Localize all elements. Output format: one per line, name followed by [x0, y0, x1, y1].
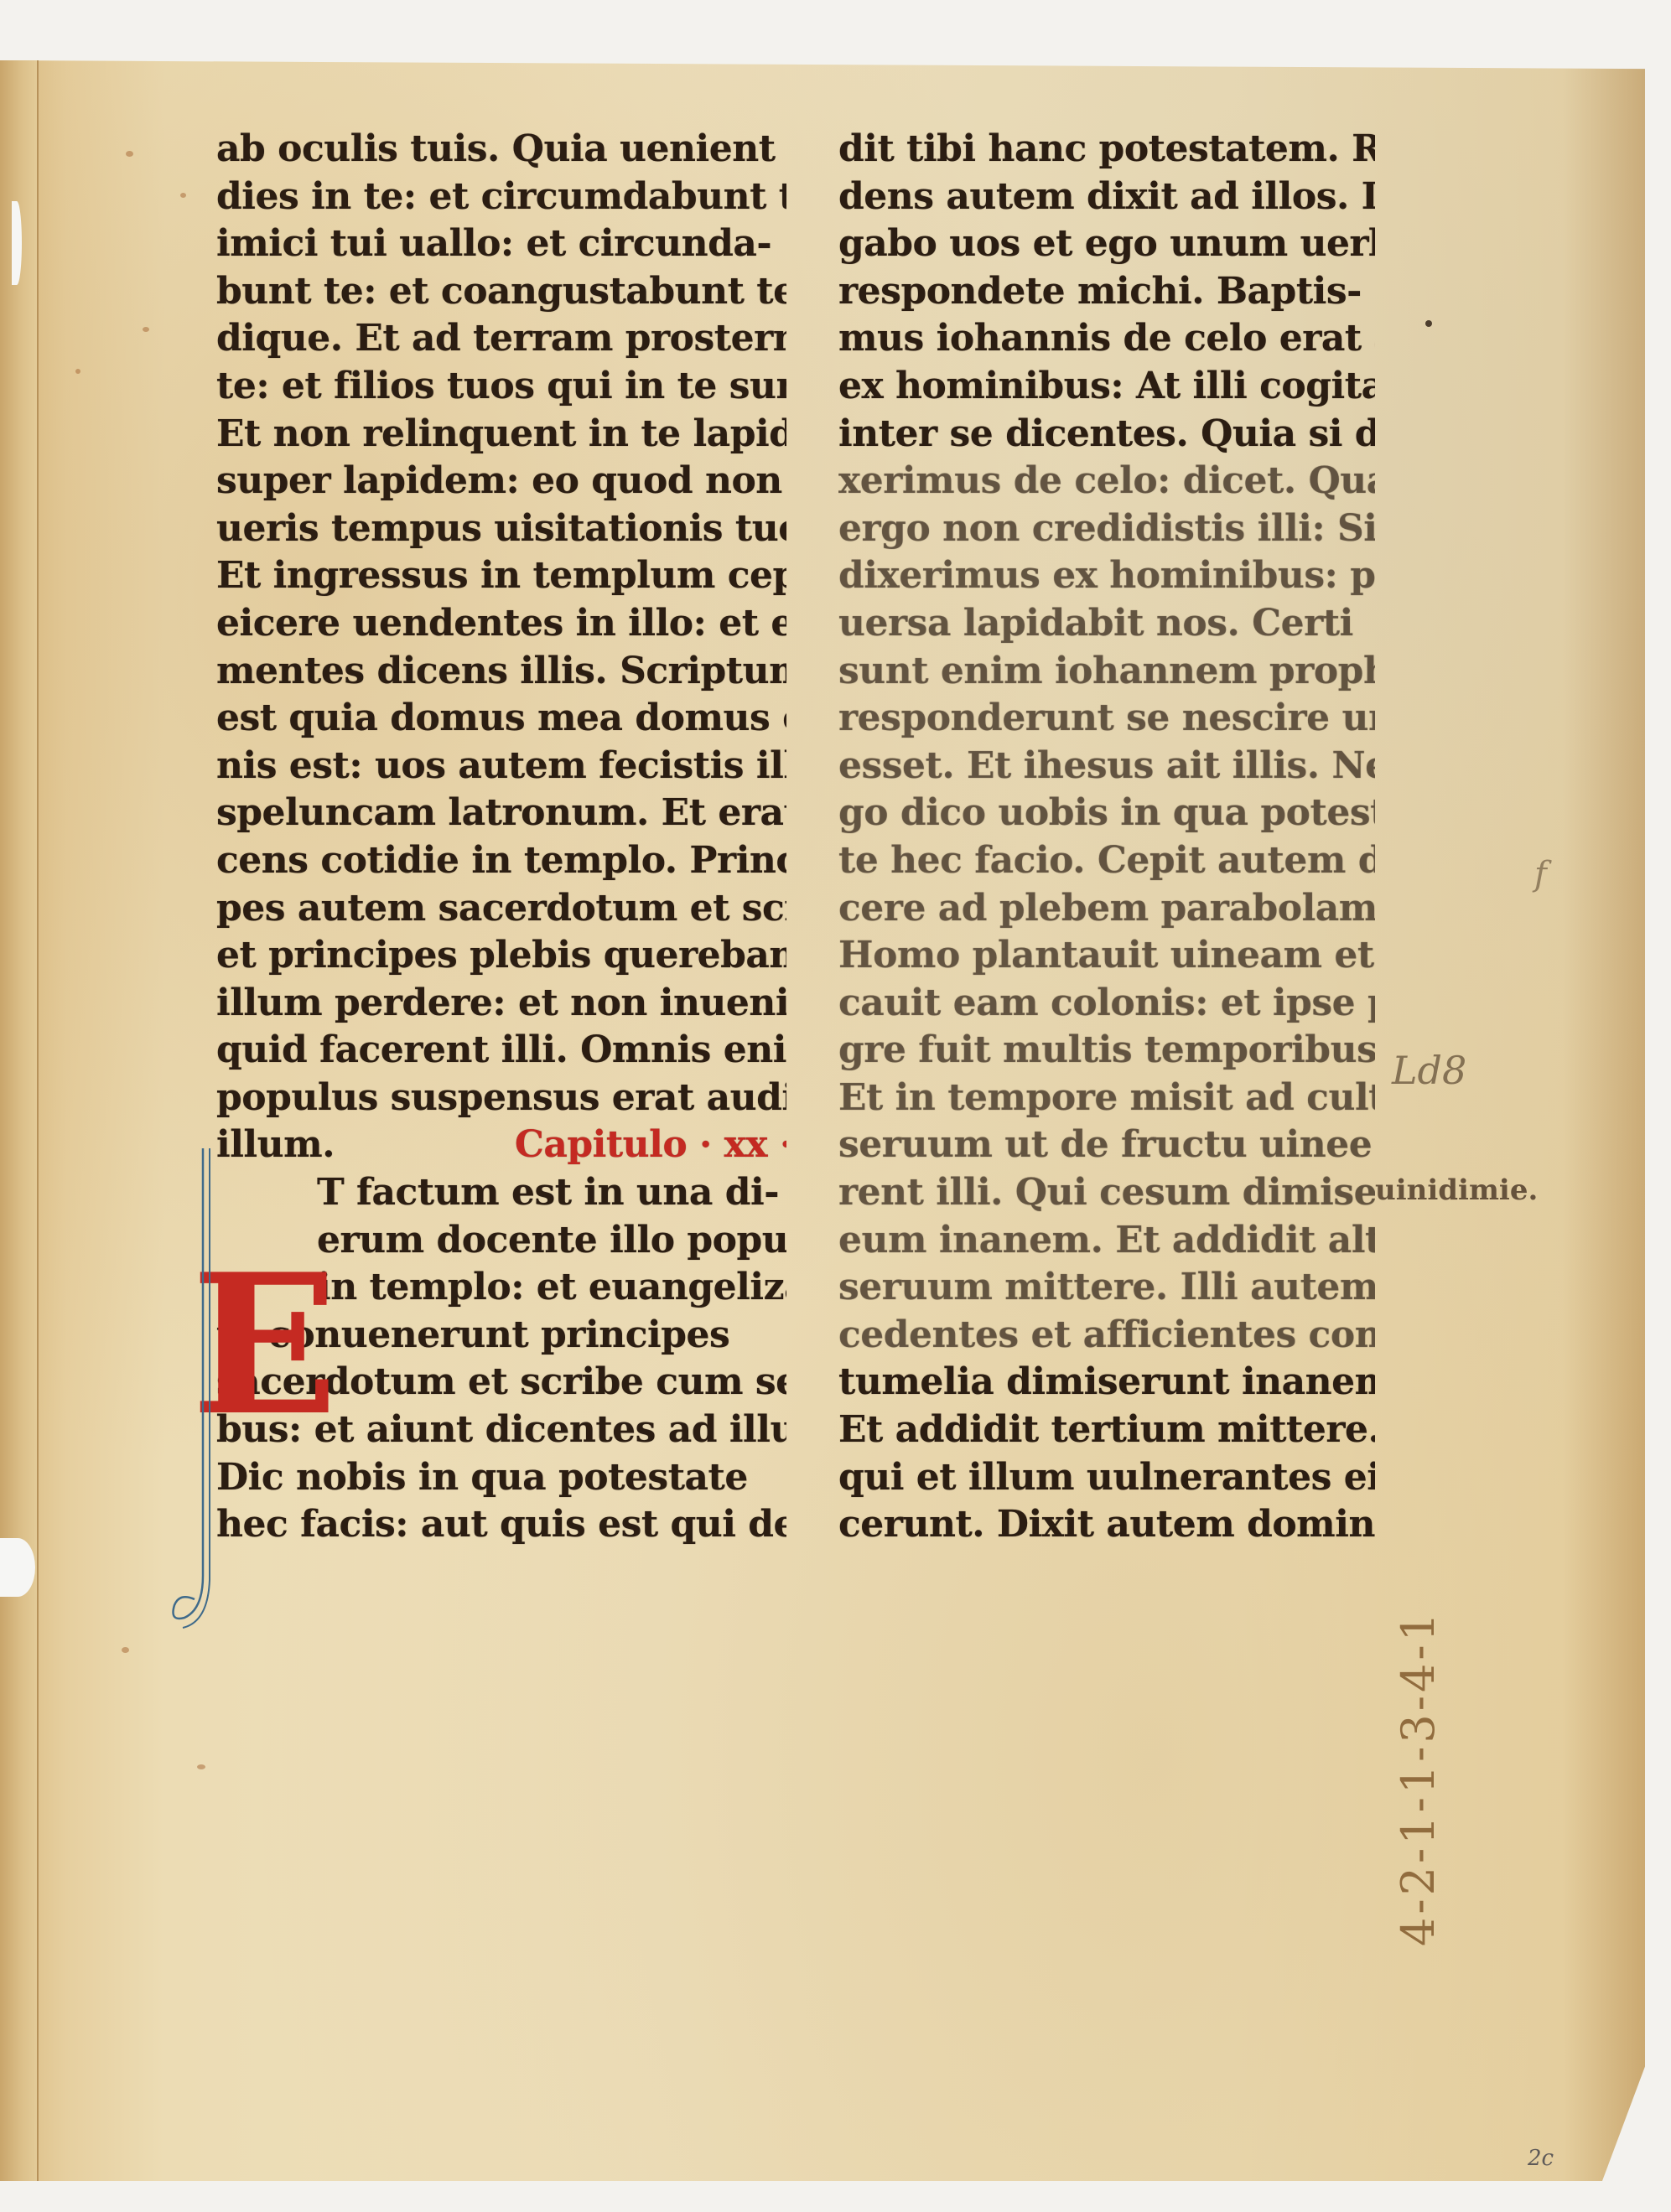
text-line: nis est: uos autem fecistis illam: [216, 743, 786, 790]
margin-scribble: Ld8: [1392, 1048, 1466, 1093]
text-line: responderunt se nescire unde: [838, 695, 1375, 743]
text-line: seruum mittere. Illi autem hunc que-: [838, 1264, 1375, 1312]
text-line: inter se dicentes. Quia si di-: [838, 411, 1375, 458]
text-line: ab oculis tuis. Quia uenient: [216, 126, 786, 174]
text-line: populus suspensus erat audiens: [216, 1075, 786, 1122]
text-line: go dico uobis in qua potesta-: [838, 790, 1375, 837]
text-line: Dic nobis in qua potestate: [216, 1454, 786, 1502]
text-line: xerimus de celo: dicet. Quare: [838, 458, 1375, 505]
text-line: et principes plebis querebant: [216, 932, 786, 980]
text-line: respondete michi. Baptis-: [838, 268, 1375, 316]
foxing-spot: [143, 327, 149, 332]
text-line: quid facerent illi. Omnis enim: [216, 1027, 786, 1075]
text-line: Et ingressus in templum cepit: [216, 552, 786, 600]
text-line: pes autem sacerdotum et scribe:: [216, 885, 786, 933]
right-text-column: dit tibi hanc potestatem. Respon- dens a…: [838, 126, 1375, 1549]
text-line: dit tibi hanc potestatem. Respon-: [838, 126, 1375, 174]
text-line: cauit eam colonis: et ipse pere-: [838, 980, 1375, 1028]
text-line: gabo uos et ego unum uerbum:: [838, 220, 1375, 268]
text-line: mentes dicens illis. Scriptum: [216, 648, 786, 696]
text-line: te: et filios tuos qui in te sunt.: [216, 363, 786, 411]
text-line: mus iohannis de celo erat an: [838, 315, 1375, 363]
text-line: bunt te: et coangustabunt te un-: [216, 268, 786, 316]
text-line: eicere uendentes in illo: et e-: [216, 600, 786, 648]
binding-gutter: [0, 60, 39, 2181]
foxing-spot: [75, 369, 80, 374]
text-line: gre fuit multis temporibus.: [838, 1027, 1375, 1075]
text-line: dens autem dixit ad illos. Inter-: [838, 174, 1375, 221]
text-line: seruum ut de fructu uinee da-: [838, 1122, 1375, 1169]
text-line: hec facis: aut quis est qui de-: [216, 1501, 786, 1549]
text-line: ergo non credidistis illi: Si autem: [838, 505, 1375, 553]
text-line: dies in te: et circumdabunt te in-: [216, 174, 786, 221]
foxing-spot: [180, 193, 186, 198]
foxing-spot: [197, 1764, 205, 1769]
text-line: te hec facio. Cepit autem di-: [838, 837, 1375, 885]
ink-dot: [1425, 320, 1432, 327]
text-line: cerunt. Dixit autem dominus uinee. Quid: [838, 1501, 1375, 1549]
rubric-line: illum. Capitulo · xx ·: [216, 1122, 786, 1169]
text-line: ueris tempus uisitationis tue.: [216, 505, 786, 553]
gutter-tear-upper: [12, 201, 22, 285]
text-line: speluncam latronum. Et erat do-: [216, 790, 786, 837]
text-line: est quia domus mea domus oratio-: [216, 695, 786, 743]
text-line: cens cotidie in templo. Princi-: [216, 837, 786, 885]
text-line: dixerimus ex hominibus: plebs uni-: [838, 552, 1375, 600]
text-line: super lapidem: eo quod non cogno-: [216, 458, 786, 505]
text-line: cere ad plebem parabolam hanc.: [838, 885, 1375, 933]
text-line: esset. Et ihesus ait illis. Neque e-: [838, 743, 1375, 790]
margin-vertical-number: 4-2-1-1-3-4-1: [1396, 1609, 1446, 1946]
margin-note-hook: f: [1534, 855, 1547, 894]
foxing-spot: [126, 151, 133, 157]
margin-word-note: uinidimie.: [1375, 1173, 1538, 1207]
text-line: uersa lapidabit nos. Certi: [838, 600, 1375, 648]
foxing-spot: [122, 1647, 129, 1653]
penwork-flourish-icon: [168, 1140, 235, 1643]
text-line: tumelia dimiserunt inanem.: [838, 1359, 1375, 1406]
text-line: eum inanem. Et addidit alterum: [838, 1217, 1375, 1265]
gutter-tear-hole: [0, 1538, 35, 1597]
text-line: rent illi. Qui cesum dimiserunt: [838, 1169, 1375, 1217]
text-line: ex hominibus: At illi cogitabant: [838, 363, 1375, 411]
folio-mark: 2c: [1528, 2146, 1554, 2171]
text-line: sunt enim iohannem prophetam esse. Et: [838, 648, 1375, 696]
text-line: Et in tempore misit ad cultores: [838, 1075, 1375, 1122]
text-line: Et non relinquent in te lapidem: [216, 411, 786, 458]
text-line: dique. Et ad terram prosternent: [216, 315, 786, 363]
text-line: cedentes et afficientes con-: [838, 1312, 1375, 1360]
text-line: qui et illum uulnerantes eie-: [838, 1454, 1375, 1502]
chapter-rubric: Capitulo · xx ·: [515, 1123, 786, 1166]
text-line: illum perdere: et non inueniebant: [216, 980, 786, 1028]
text-line: Et addidit tertium mittere.: [838, 1406, 1375, 1454]
text-line: imici tui uallo: et circunda-: [216, 220, 786, 268]
text-line: Homo plantauit uineam et lo-: [838, 932, 1375, 980]
text-line: T factum est in una di-: [216, 1169, 786, 1217]
